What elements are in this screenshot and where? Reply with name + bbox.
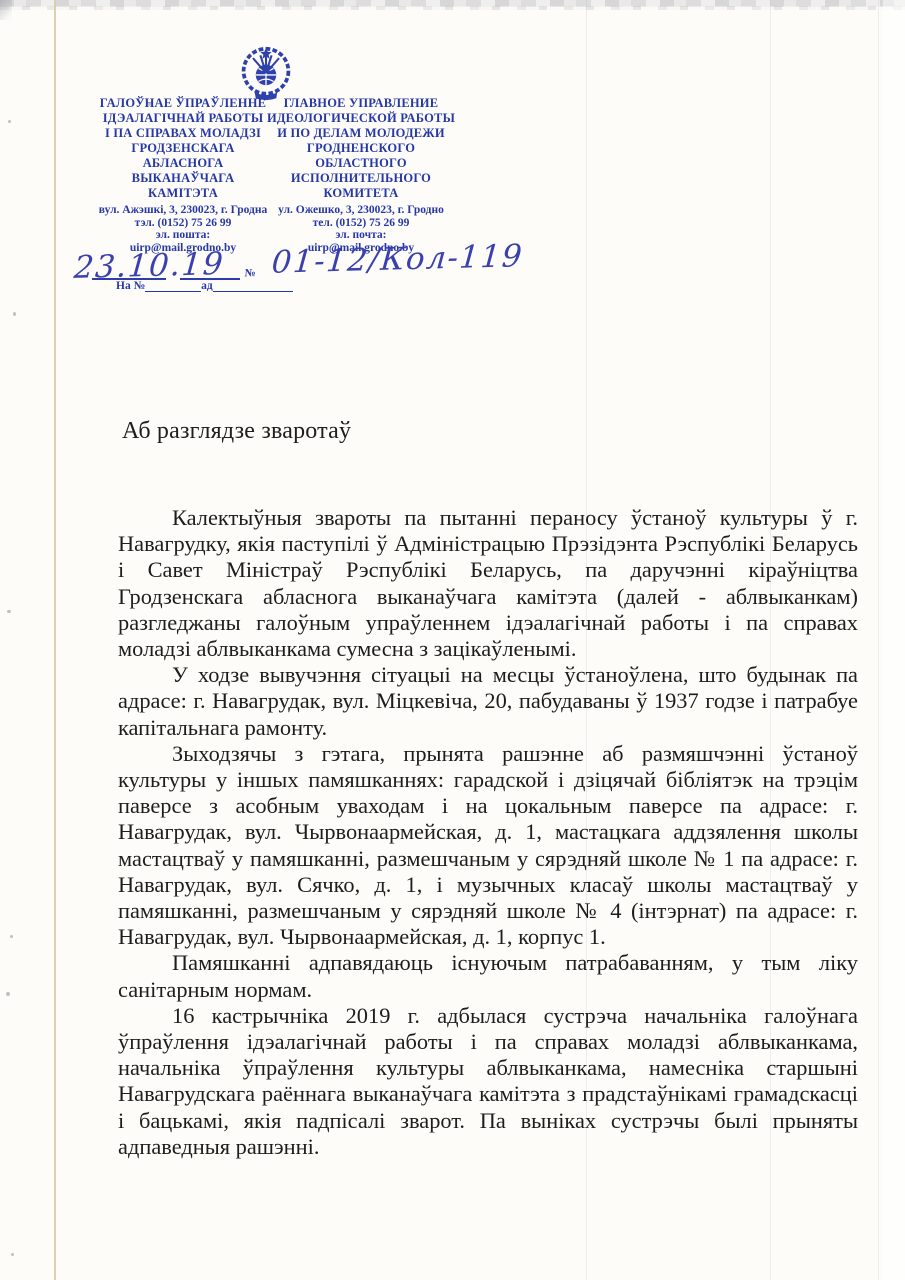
org-name-line: ГРОДНЕНСКОГО [266,141,456,156]
address-line: ул. Ожешко, 3, 230023, г. Гродно [266,204,456,217]
org-name-line: АБЛАСНОГА [92,156,274,171]
number-sign: № [244,267,256,279]
body-paragraph: У ходзе вывучэння сітуацыі на месцы ўста… [118,662,858,741]
scan-corner-smudge [0,0,12,20]
org-name-line: ВЫКАНАЎЧАГА [92,171,274,186]
scan-speck [10,935,13,938]
org-name-line: КАМІТЭТА [92,186,274,201]
document-body: Калектыўныя звароты па пытанні пераносу … [118,505,858,1160]
reply-number-line: На №ад [116,280,293,292]
reply-number-blank [145,280,201,292]
scan-streak [878,0,879,1280]
org-name-line: ІДЭАЛАГІЧНАЙ РАБОТЫ [92,111,274,126]
org-name-line: ОБЛАСТНОГО [266,156,456,171]
letterhead-left-column: ГАЛОЎНАЕ ЎПРАЎЛЕННЕ ІДЭАЛАГІЧНАЙ РАБОТЫ … [92,96,274,254]
org-name-line: ГЛАВНОЕ УПРАВЛЕНИЕ [266,96,456,111]
org-name-line: ИСПОЛНИТЕЛЬНОГО [266,171,456,186]
address-line: вул. Ажэшкі, 3, 230023, г. Гродна [92,204,274,217]
scan-speck [7,610,11,613]
org-name-line: ГРОДЗЕНСКАГА [92,141,274,156]
scan-speck [13,312,16,316]
body-paragraph: Памяшканні адпавядаюць існуючым патрабав… [118,950,858,1002]
org-name-line: КОМИТЕТА [266,186,456,201]
scan-speck [8,120,11,123]
body-paragraph: 16 кастрычніка 2019 г. адбылася сустрэча… [118,1003,858,1160]
reply-date-blank [213,280,293,292]
org-name-line: І ПА СПРАВАХ МОЛАДЗІ [92,126,274,141]
letterhead-right-column: ГЛАВНОЕ УПРАВЛЕНИЕ ИДЕОЛОГИЧЕСКОЙ РАБОТЫ… [266,96,456,254]
org-name-line: ИДЕОЛОГИЧЕСКОЙ РАБОТЫ [266,111,456,126]
phone-line: тэл. (0152) 75 26 99 [92,217,274,230]
body-paragraph: Зыходзячы з гэтага, прынята рашэнне аб р… [118,741,858,951]
reply-separator: ад [201,280,213,292]
email-label: эл. пошта: [92,229,274,242]
handwritten-number: 01-12/Кол-119 [270,238,524,281]
scan-speck [6,992,10,996]
belarus-coat-of-arms-icon [238,44,294,104]
reply-prefix: На № [116,280,145,292]
body-paragraph: Калектыўныя звароты па пытанні пераносу … [118,505,858,662]
org-name-line: И ПО ДЕЛАМ МОЛОДЕЖИ [266,126,456,141]
org-name-line: ГАЛОЎНАЕ ЎПРАЎЛЕННЕ [92,96,274,111]
scan-right-light-strip [883,0,905,1280]
scanned-letter-page: ГАЛОЎНАЕ ЎПРАЎЛЕННЕ ІДЭАЛАГІЧНАЙ РАБОТЫ … [0,0,905,1280]
scan-speck [11,1253,14,1256]
scan-left-edge-line [54,0,56,1280]
document-title: Аб разглядзе зваротаў [122,418,351,445]
phone-line: тел. (0152) 75 26 99 [266,217,456,230]
